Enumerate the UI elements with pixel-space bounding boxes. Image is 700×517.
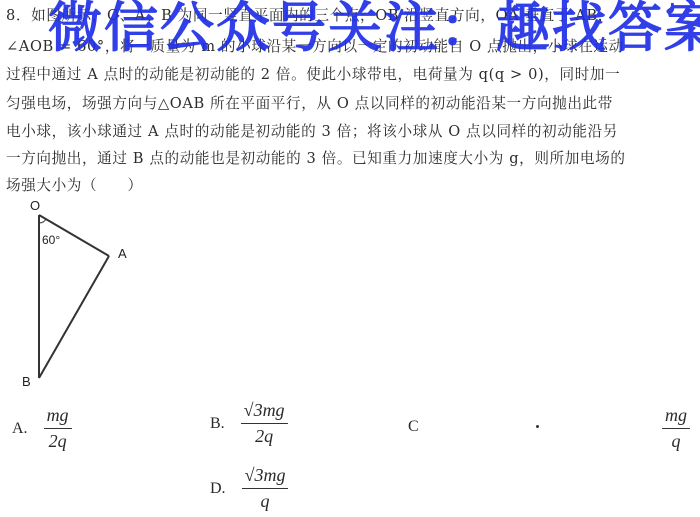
option-c-dot bbox=[536, 425, 539, 428]
option-b[interactable]: B. √3mg 2q bbox=[210, 400, 288, 447]
label-B: B bbox=[22, 374, 31, 389]
option-a-fraction: mg 2q bbox=[44, 405, 72, 452]
option-b-fraction: √3mg 2q bbox=[241, 400, 288, 447]
option-c-label: C bbox=[408, 418, 419, 436]
question-line-5: 电小球，该小球通过 A 点时的动能是初动能的 3 倍；将该小球从 O 点以同样的… bbox=[6, 120, 618, 141]
option-c-fraction: mg q bbox=[662, 405, 690, 452]
option-c-value: mg q bbox=[662, 405, 690, 452]
option-d[interactable]: D. √3mg q bbox=[210, 465, 288, 512]
label-O: O bbox=[30, 198, 40, 213]
option-c[interactable]: C bbox=[408, 418, 435, 436]
question-line-3: 过程中通过 A 点时的动能是初动能的 2 倍。使此小球带电，电荷量为 q(q >… bbox=[6, 63, 620, 84]
option-d-label: D. bbox=[210, 480, 226, 498]
sqrt-icon: √ bbox=[244, 400, 254, 420]
option-d-fraction: √3mg q bbox=[242, 465, 289, 512]
label-angle: 60° bbox=[42, 233, 60, 247]
option-a[interactable]: A. mg 2q bbox=[12, 405, 72, 452]
triangle-diagram: O A B 60° bbox=[10, 190, 160, 394]
watermark-text: 微信公众号关注：趣找答案 bbox=[48, 0, 700, 58]
question-line-6: 一方向抛出，通过 B 点的动能也是初动能的 3 倍。已知重力加速度大小为 g，则… bbox=[6, 147, 626, 168]
sqrt-icon: √ bbox=[245, 465, 255, 485]
label-A: A bbox=[118, 246, 127, 261]
question-line-4: 匀强电场，场强方向与△OAB 所在平面平行，从 O 点以同样的初动能沿某一方向抛… bbox=[6, 92, 613, 113]
option-b-label: B. bbox=[210, 415, 225, 433]
option-a-label: A. bbox=[12, 420, 28, 438]
